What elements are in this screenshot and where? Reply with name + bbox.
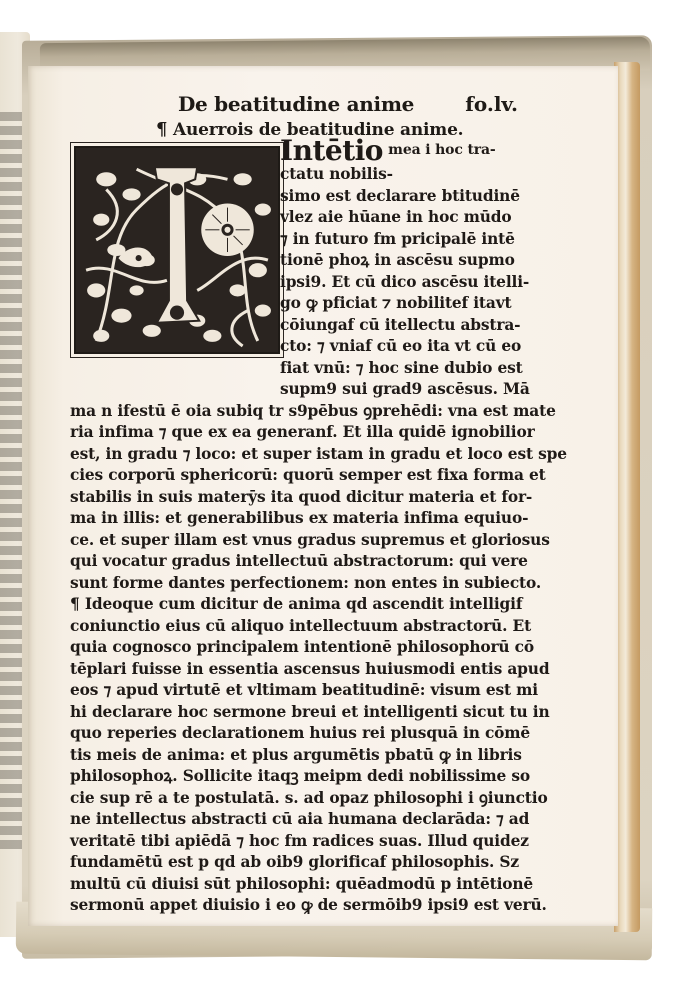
text-line: simo est declarare btitudinē (70, 186, 520, 208)
text-line: est, in gradu ⁊ loco: et super istam in … (70, 444, 520, 466)
text-line: vlez aie hūane in hoc mūdo (70, 207, 520, 229)
text-line: sermonū appet diuisio i eo ꝙ de sermōib9… (70, 895, 520, 917)
text-line: ria infima ⁊ que ex ea generanf. Et illa… (70, 422, 520, 444)
body-text: Intētio mea i hoc tra- ctatu nobilis- si… (70, 140, 520, 917)
text-line: ¶ Ideoque cum dicitur de anima qd ascend… (70, 594, 520, 616)
text-line: ⁊ in futuro fm pricipalē intē (70, 229, 520, 251)
text-line: ctatu nobilis- (70, 164, 520, 186)
text-line: hi declarare hoc sermone breui et intell… (70, 702, 520, 724)
text-line: Intētio mea i hoc tra- (70, 140, 520, 164)
text-line: tionē phoꝝ in ascēsu supmo (70, 250, 520, 272)
text-line: eos ⁊ apud virtutē et vltimam beatitudin… (70, 680, 520, 702)
text-line: ma in illis: et generabilibus ex materia… (70, 508, 520, 530)
text-line: supm9 sui grad9 ascēsus. Mā (70, 379, 520, 401)
text-line: ma n ifestū ē oia subiq tr s9pēbus ꝯpreh… (70, 401, 520, 423)
text-line: ipsi9. Et cū dico ascēsu itelli- (70, 272, 520, 294)
text-line: ce. et super illam est vnus gradus supre… (70, 530, 520, 552)
text-line: multū cū diuisi sūt philosophi: quēadmod… (70, 874, 520, 896)
text-line: go ꝙ pficiat ⁊ nobilitef itavt (70, 293, 520, 315)
text-line: qui vocatur gradus intellectuū abstracto… (70, 551, 520, 573)
text-line: coniunctio eius cū aliquo intellectuum a… (70, 616, 520, 638)
text-line: philosophoꝝ. Sollicite itaqꝫ meipm dedi … (70, 766, 520, 788)
text-line: stabilis in suis materȳs ita quod dicitu… (70, 487, 520, 509)
folio-number: fo.lv. (465, 92, 518, 116)
text-line: cto: ⁊ vniaf cū eo ita vt cū eo (70, 336, 520, 358)
page-header: De beatitudine anime fo.lv. (178, 92, 518, 116)
text-line: cie sup rē a te postulatā. s. ad opaz ph… (70, 788, 520, 810)
text-line: tis meis de anima: et plus argumētis pba… (70, 745, 520, 767)
text-line: cies corporū sphericorū: quorū semper es… (70, 465, 520, 487)
pilcrow-icon: ¶ (156, 119, 167, 140)
text-line: fiat vnū: ⁊ hoc sine dubio est (70, 358, 520, 380)
text-line: cōiungaf cū itellectu abstra- (70, 315, 520, 337)
text-line: sunt forme dantes perfectionem: non ente… (70, 573, 520, 595)
text-line: ne intellectus abstracti cū aia humana d… (70, 809, 520, 831)
text-line: tēplari fuisse in essentia ascensus huiu… (70, 659, 520, 681)
text-line: quia cognosco principalem intentionē phi… (70, 637, 520, 659)
text-line: veritatē tibi apiēdā ⁊ hoc fm radices su… (70, 831, 520, 853)
text-line: quo reperies declarationem huius rei plu… (70, 723, 520, 745)
running-title: De beatitudine anime (178, 92, 414, 116)
text-line: fundamētū est p qd ab oib9 glorificaf ph… (70, 852, 520, 874)
incipit-word: Intētio (280, 134, 383, 167)
